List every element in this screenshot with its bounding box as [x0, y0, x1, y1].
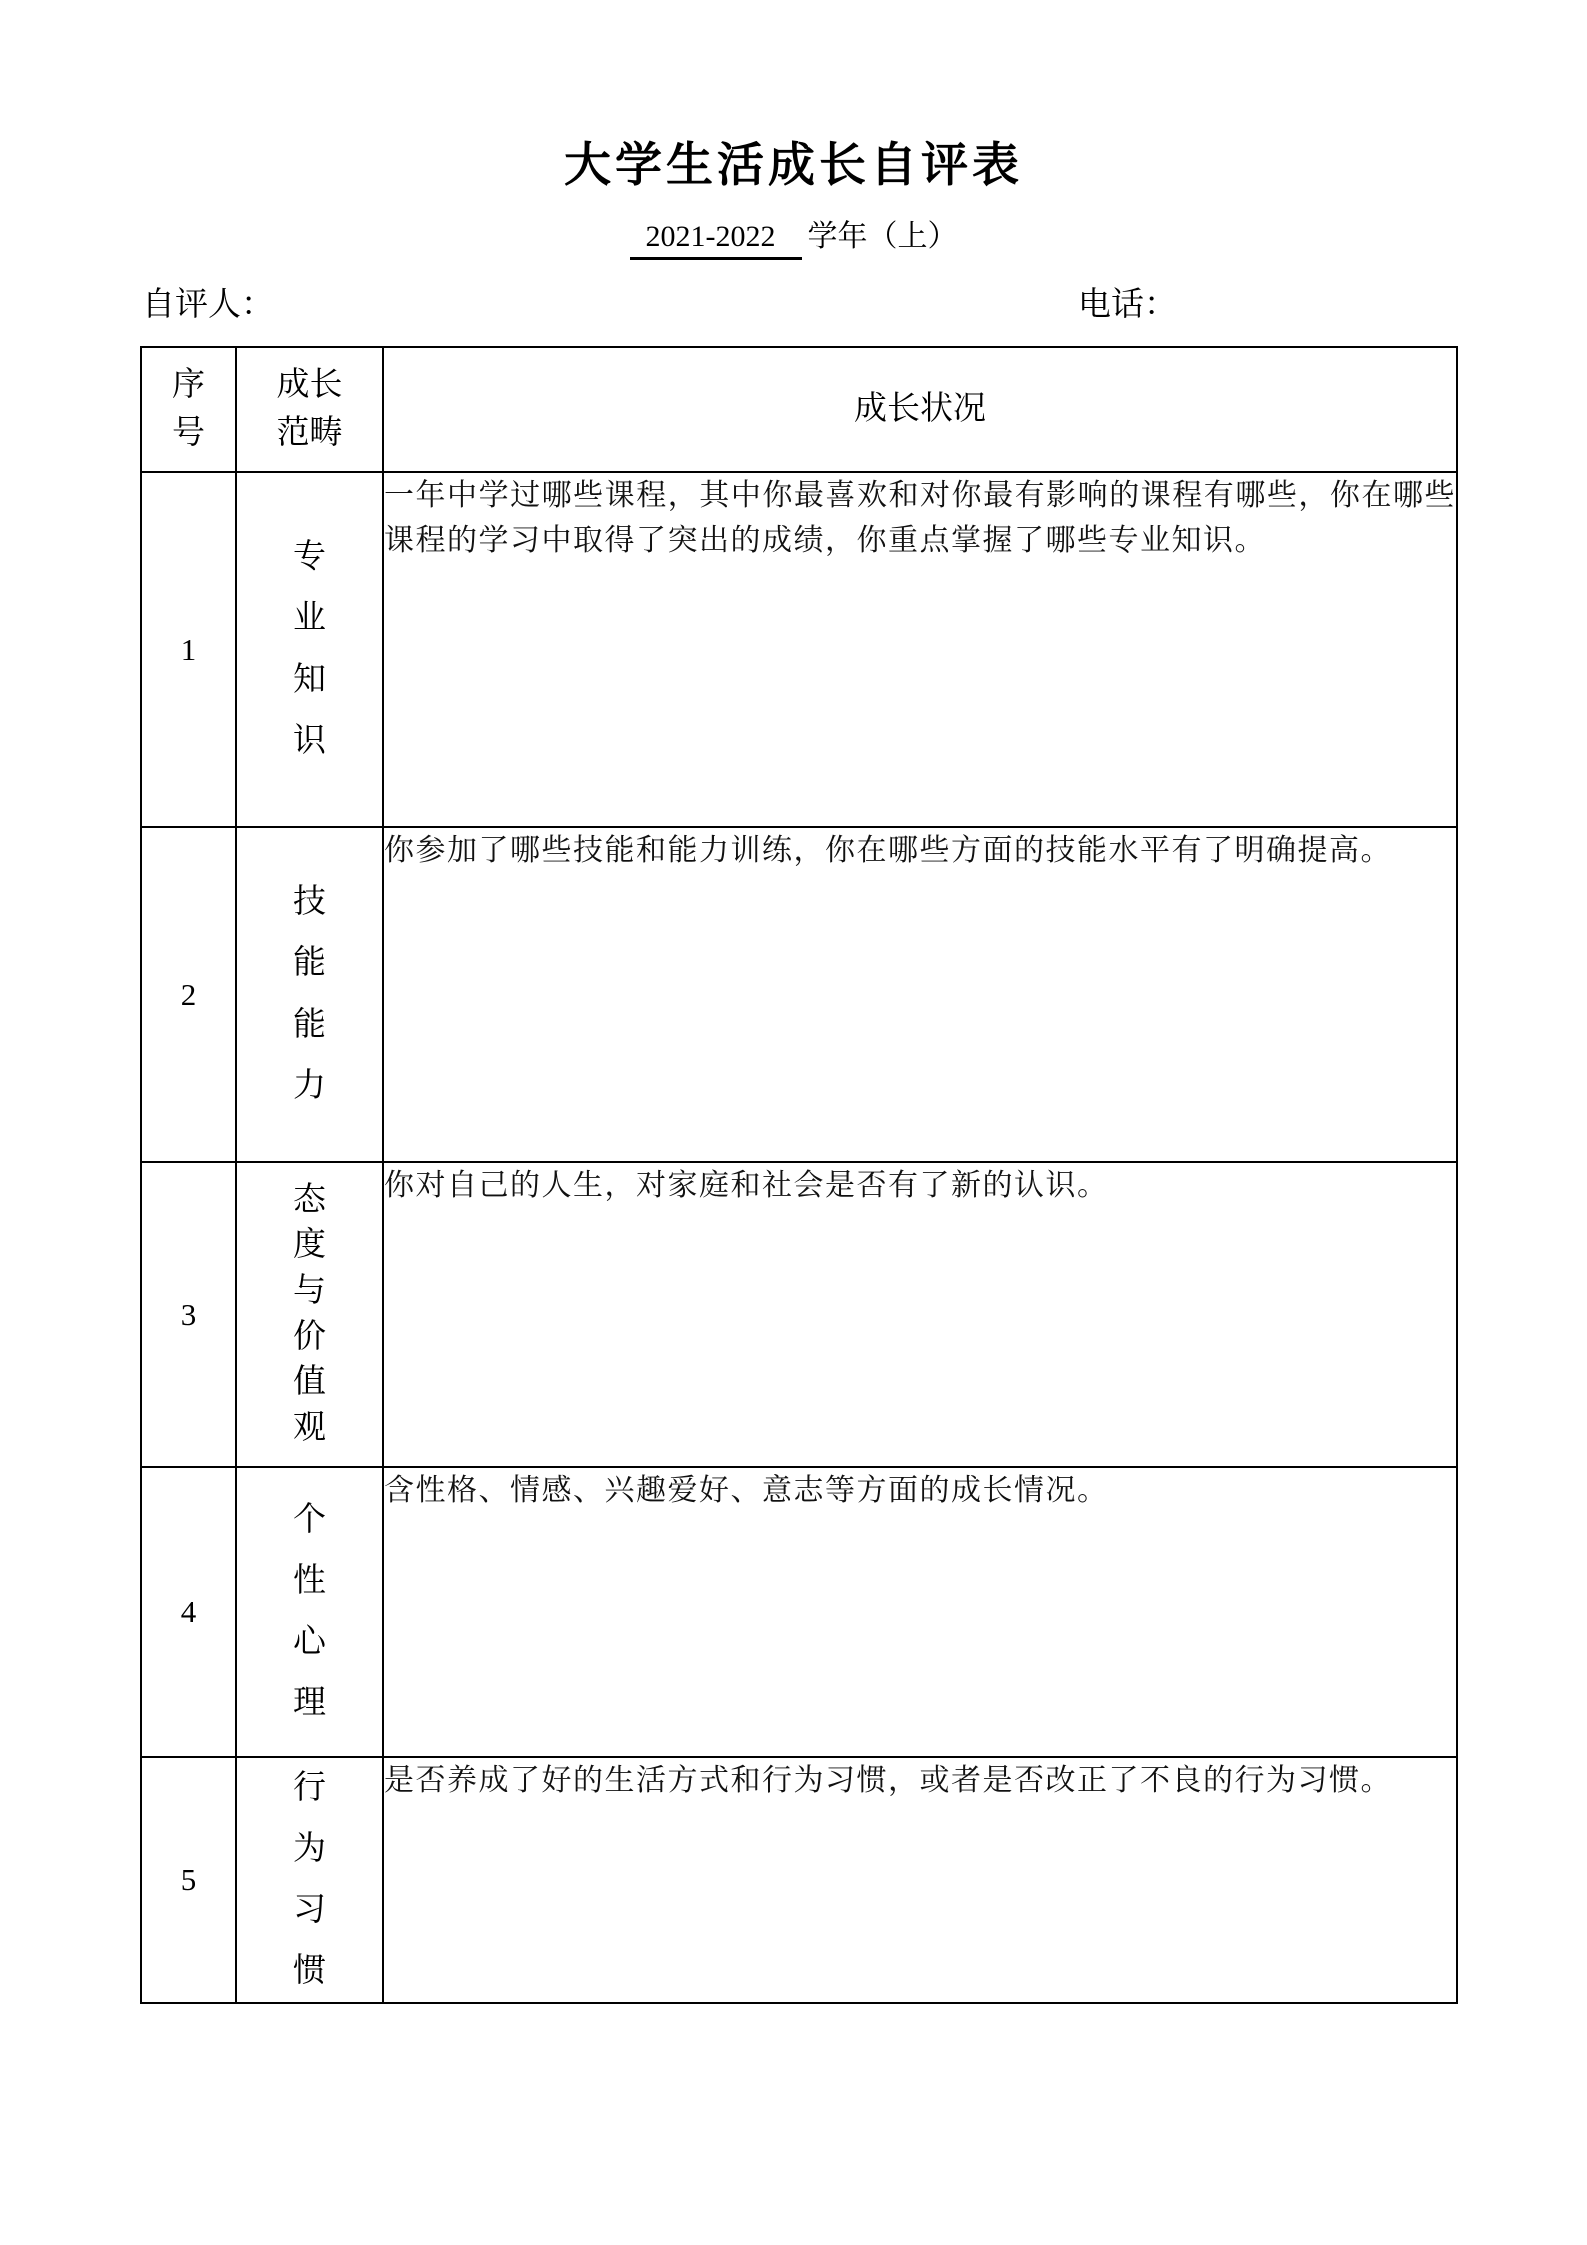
header-no: 序号	[141, 347, 236, 472]
evaluator-label: 自评人：	[142, 278, 274, 325]
table-row: 5 行为习惯 是否养成了好的生活方式和行为习惯，或者是否改正了不良的行为习惯。	[141, 1757, 1457, 2003]
header-no-label: 序号	[168, 362, 209, 458]
category-label: 行为习惯	[289, 1758, 330, 2002]
header-category: 成长范畴	[236, 347, 383, 472]
category-cell: 行为习惯	[236, 1757, 383, 2003]
page-title: 大学生活成长自评表	[0, 0, 1587, 195]
header-status-label: 成长状况	[854, 391, 986, 427]
category-cell: 态度与价值观	[236, 1162, 383, 1467]
table-row: 2 技能能力 你参加了哪些技能和能力训练，你在哪些方面的技能水平有了明确提高。	[141, 827, 1457, 1162]
table-row: 3 态度与价值观 你对自己的人生，对家庭和社会是否有了新的认识。	[141, 1162, 1457, 1467]
row-number: 2	[141, 827, 236, 1162]
document-page: 大学生活成长自评表 2021-2022学年（上） 自评人： 电话： 序号 成长范…	[0, 0, 1587, 2245]
prompt-text: 你对自己的人生，对家庭和社会是否有了新的认识。	[383, 1162, 1457, 1467]
academic-year-suffix: 学年（上）	[808, 220, 958, 253]
academic-year-value: 2021-2022	[630, 220, 802, 260]
meta-row: 自评人： 电话：	[0, 278, 1587, 326]
header-status: 成长状况	[383, 347, 1457, 472]
category-cell: 专业知识	[236, 472, 383, 827]
category-cell: 技能能力	[236, 827, 383, 1162]
growth-table: 序号 成长范畴 成长状况 1 专业知识 一年中学过哪些课程，其中你最喜欢和对你最…	[140, 346, 1458, 2004]
table-header-row: 序号 成长范畴 成长状况	[141, 347, 1457, 472]
row-number: 4	[141, 1467, 236, 1757]
table-row: 4 个性心理 含性格、情感、兴趣爱好、意志等方面的成长情况。	[141, 1467, 1457, 1757]
row-number: 3	[141, 1162, 236, 1467]
header-category-label: 成长范畴	[272, 362, 348, 458]
category-label: 个性心理	[289, 1490, 330, 1734]
prompt-text: 含性格、情感、兴趣爱好、意志等方面的成长情况。	[383, 1467, 1457, 1757]
category-label: 专业知识	[289, 527, 330, 771]
table-row: 1 专业知识 一年中学过哪些课程，其中你最喜欢和对你最有影响的课程有哪些，你在哪…	[141, 472, 1457, 827]
category-label: 技能能力	[289, 872, 330, 1116]
category-cell: 个性心理	[236, 1467, 383, 1757]
prompt-text: 是否养成了好的生活方式和行为习惯，或者是否改正了不良的行为习惯。	[383, 1757, 1457, 2003]
prompt-text: 你参加了哪些技能和能力训练，你在哪些方面的技能水平有了明确提高。	[383, 827, 1457, 1162]
phone-label: 电话：	[1078, 278, 1177, 325]
subtitle: 2021-2022学年（上）	[0, 211, 1587, 260]
row-number: 5	[141, 1757, 236, 2003]
category-label: 态度与价值观	[289, 1178, 330, 1451]
prompt-text: 一年中学过哪些课程，其中你最喜欢和对你最有影响的课程有哪些，你在哪些课程的学习中…	[383, 472, 1457, 827]
row-number: 1	[141, 472, 236, 827]
